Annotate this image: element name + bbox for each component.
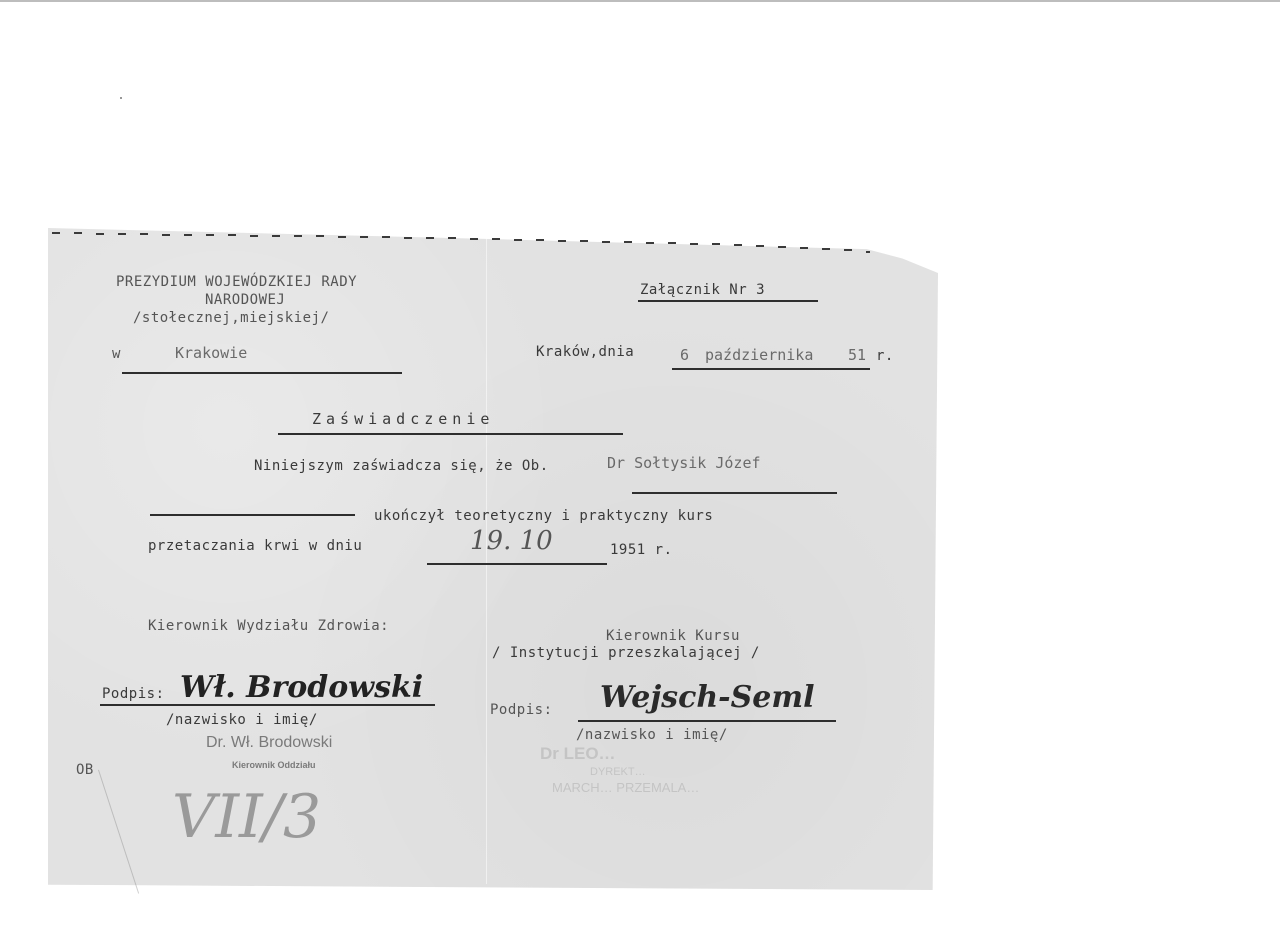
right-name-label: /nazwisko i imię/: [576, 727, 728, 743]
place-date-prefix: Kraków,dnia: [536, 344, 634, 360]
location-value: Krakowie: [175, 344, 247, 362]
header-line-3: /stołecznej,miejskiej/: [133, 310, 329, 326]
course-date-underline: [427, 563, 607, 565]
header-line-2: NARODOWEJ: [205, 292, 285, 308]
perforated-edge: [52, 230, 882, 260]
left-name-label: /nazwisko i imię/: [166, 712, 318, 728]
course-date-handwritten: 19. 10: [470, 526, 553, 556]
right-block-title-1: Kierownik Kursu: [606, 628, 740, 644]
left-signature-label: Podpis:: [102, 686, 165, 702]
date-year: 51: [848, 346, 866, 364]
person-name-underline: [632, 492, 837, 494]
right-signature-label: Podpis:: [490, 702, 553, 718]
person-name: Dr Sołtysik Józef: [607, 454, 761, 472]
right-stamp-line-3: MARCH… PRZEMALA…: [552, 780, 699, 795]
right-stamp-line-1: Dr LEO…: [540, 744, 616, 764]
blank-underline: [150, 514, 355, 516]
body-line-3: przetaczania krwi w dniu: [148, 538, 362, 554]
body-line-2: ukończył teoretyczny i praktyczny kurs: [374, 508, 713, 524]
left-signature: Wł. Brodowski: [180, 670, 423, 705]
date-day: 6: [680, 346, 689, 364]
location-prefix: w: [112, 346, 121, 362]
pencil-annotation: VII/3: [172, 782, 321, 852]
date-month: października: [705, 346, 813, 364]
body-line-1: Niniejszym zaświadcza się, że Ob.: [254, 458, 549, 474]
scan-top-edge: [0, 0, 1280, 2]
course-year: 1951 r.: [610, 542, 673, 558]
right-stamp-line-2: DYREKT…: [590, 766, 646, 778]
date-suffix: r.: [876, 348, 894, 364]
left-stamp-name: Dr. Wł. Brodowski: [206, 734, 332, 752]
margin-code: OB: [76, 762, 94, 778]
left-stamp-role: Kierownik Oddziału: [232, 760, 316, 770]
header-line-1: PREZYDIUM WOJEWÓDZKIEJ RADY: [116, 274, 357, 290]
right-signature: Wejsch-Seml: [600, 680, 815, 715]
scan-background: PREZYDIUM WOJEWÓDZKIEJ RADY NARODOWEJ /s…: [0, 0, 1280, 931]
date-underline: [672, 368, 870, 370]
right-signature-underline: [578, 720, 836, 722]
attachment-label: Załącznik Nr 3: [640, 282, 765, 298]
attachment-underline: [638, 300, 818, 302]
right-block-title-2: / Instytucji przeszkalającej /: [492, 645, 760, 661]
left-block-title: Kierownik Wydziału Zdrowia:: [148, 618, 389, 634]
left-signature-underline: [100, 704, 435, 706]
paper-fold: [486, 234, 487, 884]
title-underline: [278, 433, 623, 435]
document-title: Zaświadczenie: [312, 410, 494, 428]
dust-speck: [120, 97, 122, 99]
location-underline: [122, 372, 402, 374]
